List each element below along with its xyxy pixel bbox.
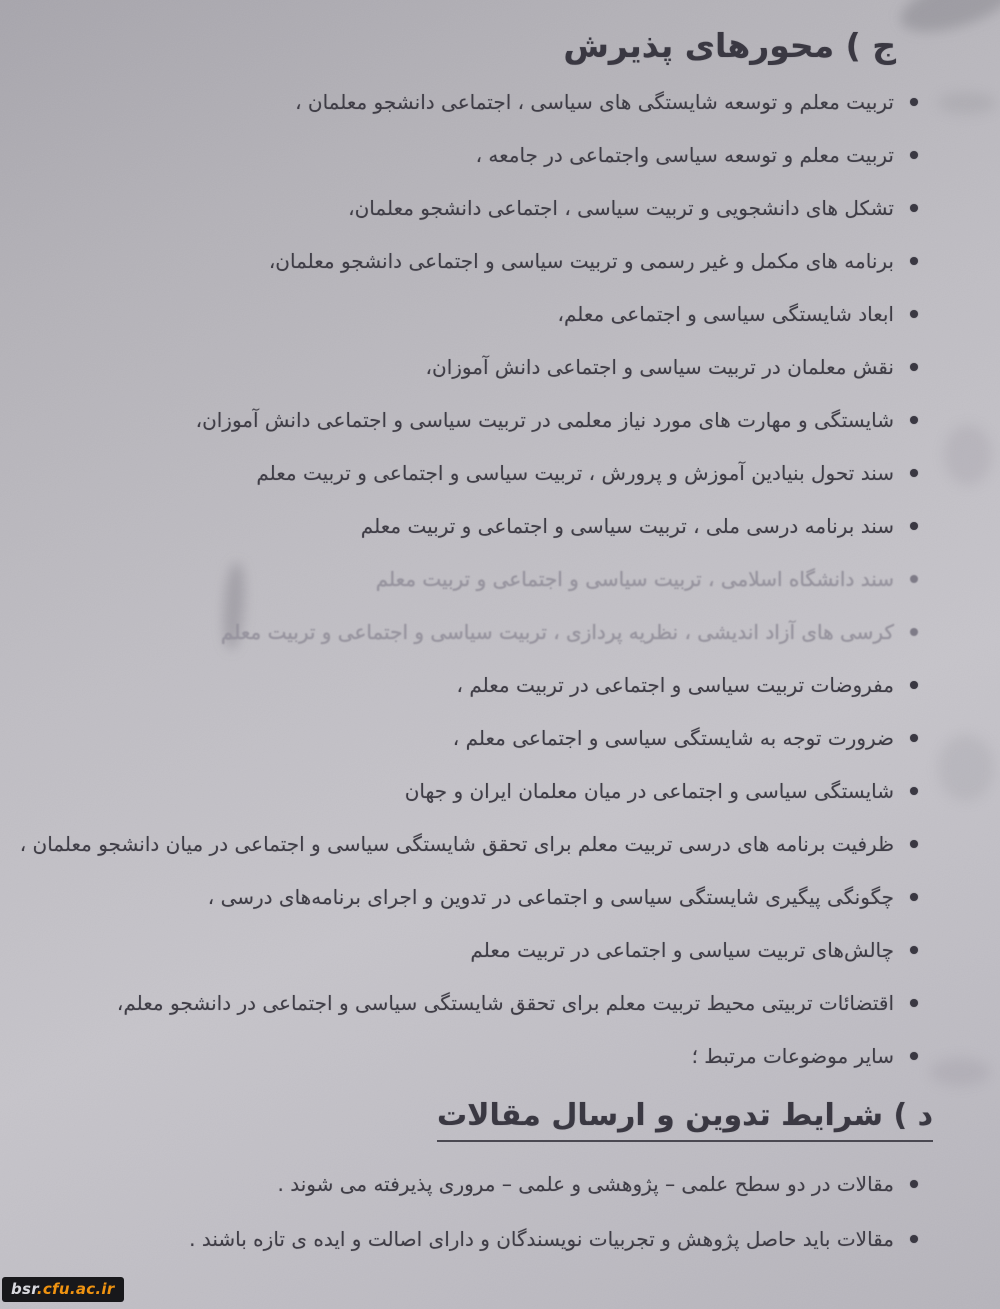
topic-list-item: ظرفیت برنامه های درسی تربیت معلم برای تح…	[30, 817, 918, 870]
watermark-suffix: .cfu.ac.ir	[37, 1280, 115, 1298]
bullet-icon	[910, 204, 918, 212]
bullet-icon	[910, 628, 918, 636]
section-d-heading: د ) شرایط تدوین و ارسال مقالات	[437, 1098, 933, 1142]
topic-text: سند تحول بنیادین آموزش و پرورش ، تربیت س…	[256, 461, 894, 485]
bullet-icon	[910, 734, 918, 742]
bullet-icon	[910, 416, 918, 424]
bullet-icon	[910, 522, 918, 530]
topic-text: نقش معلمان در تربیت سیاسی و اجتماعی دانش…	[426, 355, 894, 379]
topic-list-item: تشکل های دانشجویی و تربیت سیاسی ، اجتماع…	[30, 181, 918, 234]
topic-list-item: سند برنامه درسی ملی ، تربیت سیاسی و اجتم…	[30, 499, 918, 552]
topic-text: تربیت معلم و توسعه شایستگی های سیاسی ، ا…	[295, 90, 894, 114]
topic-text: ظرفیت برنامه های درسی تربیت معلم برای تح…	[20, 832, 894, 856]
section-d-heading-row: د ) شرایط تدوین و ارسال مقالات	[30, 1082, 918, 1156]
topic-list-item: سند دانشگاه اسلامی ، تربیت سیاسی و اجتما…	[30, 552, 918, 605]
bullet-icon	[910, 469, 918, 477]
document-content: ج ) محورهای پذیرش تربیت معلم و توسعه شای…	[0, 0, 1000, 1266]
topic-list-item: تربیت معلم و توسعه سیاسی واجتماعی در جام…	[30, 128, 918, 181]
topic-list-item: چگونگی پیگیری شایستگی سیاسی و اجتماعی در…	[30, 870, 918, 923]
topic-text: کرسی های آزاد اندیشی ، نظریه پردازی ، تر…	[221, 620, 894, 644]
bullet-icon	[910, 1180, 918, 1188]
bullet-icon	[910, 946, 918, 954]
bullet-icon	[910, 98, 918, 106]
topic-text: سند برنامه درسی ملی ، تربیت سیاسی و اجتم…	[361, 514, 894, 538]
topic-list-item: تربیت معلم و توسعه شایستگی های سیاسی ، ا…	[30, 75, 918, 128]
topic-text: شایستگی و مهارت های مورد نیاز معلمی در ت…	[196, 408, 894, 432]
topic-list-item: چالش‌های تربیت سیاسی و اجتماعی در تربیت …	[30, 923, 918, 976]
topic-list-item: اقتضائات تربیتی محیط تربیت معلم برای تحق…	[30, 976, 918, 1029]
topic-text: سند دانشگاه اسلامی ، تربیت سیاسی و اجتما…	[376, 567, 894, 591]
topic-text: اقتضائات تربیتی محیط تربیت معلم برای تحق…	[117, 991, 894, 1015]
bullet-icon	[910, 363, 918, 371]
topic-text: ابعاد شایستگی سیاسی و اجتماعی معلم،	[557, 302, 894, 326]
topic-list-item: ضرورت توجه به شایستگی سیاسی و اجتماعی مع…	[30, 711, 918, 764]
topic-text: چالش‌های تربیت سیاسی و اجتماعی در تربیت …	[470, 938, 894, 962]
topic-text: برنامه های مکمل و غیر رسمی و تربیت سیاسی…	[269, 249, 894, 273]
bullet-icon	[910, 1235, 918, 1243]
section-d-condition-list: مقالات در دو سطح علمی – پژوهشی و علمی – …	[30, 1156, 918, 1266]
topic-text: چگونگی پیگیری شایستگی سیاسی و اجتماعی در…	[208, 885, 894, 909]
bullet-icon	[910, 575, 918, 583]
topic-list-item: کرسی های آزاد اندیشی ، نظریه پردازی ، تر…	[30, 605, 918, 658]
bullet-icon	[910, 151, 918, 159]
bullet-icon	[910, 310, 918, 318]
topic-list-item: مفروضات تربیت سیاسی و اجتماعی در تربیت م…	[30, 658, 918, 711]
bullet-icon	[910, 1052, 918, 1060]
section-c-heading: ج ) محورهای پذیرش	[30, 26, 896, 65]
bullet-icon	[910, 257, 918, 265]
condition-text: مقالات باید حاصل پژوهش و تجربیات نویسندگ…	[189, 1227, 894, 1251]
topic-list-item: برنامه های مکمل و غیر رسمی و تربیت سیاسی…	[30, 234, 918, 287]
topic-text: ضرورت توجه به شایستگی سیاسی و اجتماعی مع…	[453, 726, 894, 750]
watermark-prefix: bsr	[11, 1280, 37, 1298]
topic-list-item: سایر موضوعات مرتبط ؛	[30, 1029, 918, 1082]
topic-list-item: نقش معلمان در تربیت سیاسی و اجتماعی دانش…	[30, 340, 918, 393]
condition-text: مقالات در دو سطح علمی – پژوهشی و علمی – …	[277, 1172, 894, 1196]
condition-list-item: مقالات در دو سطح علمی – پژوهشی و علمی – …	[30, 1156, 918, 1211]
topic-text: شایستگی سیاسی و اجتماعی در میان معلمان ا…	[405, 779, 894, 803]
topic-list-item: سند تحول بنیادین آموزش و پرورش ، تربیت س…	[30, 446, 918, 499]
section-c-topic-list: تربیت معلم و توسعه شایستگی های سیاسی ، ا…	[30, 75, 918, 1082]
bullet-icon	[910, 787, 918, 795]
bullet-icon	[910, 681, 918, 689]
topic-text: تربیت معلم و توسعه سیاسی واجتماعی در جام…	[476, 143, 894, 167]
bullet-icon	[910, 999, 918, 1007]
topic-list-item: شایستگی و مهارت های مورد نیاز معلمی در ت…	[30, 393, 918, 446]
bullet-icon	[910, 840, 918, 848]
topic-text: سایر موضوعات مرتبط ؛	[692, 1044, 894, 1068]
watermark-badge: bsr.cfu.ac.ir	[2, 1277, 124, 1302]
bullet-icon	[910, 893, 918, 901]
topic-text: مفروضات تربیت سیاسی و اجتماعی در تربیت م…	[457, 673, 894, 697]
topic-list-item: شایستگی سیاسی و اجتماعی در میان معلمان ا…	[30, 764, 918, 817]
topic-text: تشکل های دانشجویی و تربیت سیاسی ، اجتماع…	[348, 196, 894, 220]
condition-list-item: مقالات باید حاصل پژوهش و تجربیات نویسندگ…	[30, 1211, 918, 1266]
scanned-document-page: ج ) محورهای پذیرش تربیت معلم و توسعه شای…	[0, 0, 1000, 1309]
topic-list-item: ابعاد شایستگی سیاسی و اجتماعی معلم،	[30, 287, 918, 340]
